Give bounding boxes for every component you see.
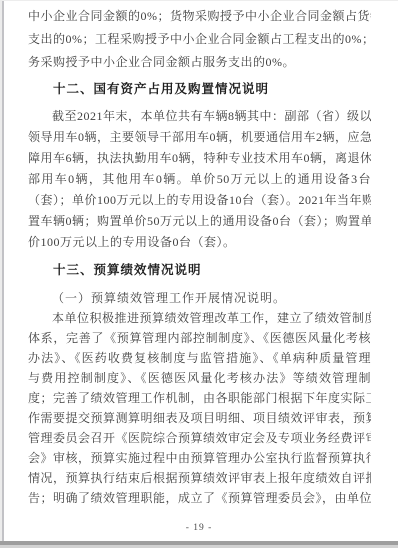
body-line: 价100万元以上的专用设备0台（套）。 bbox=[28, 232, 371, 253]
page-left-edge-line bbox=[2, 0, 4, 542]
body-line: 领导用车0辆，主要领导干部用车0辆，机要通信用车2辆，应急保 bbox=[28, 127, 371, 148]
paragraph-budget-performance: （一）预算绩效管理工作开展情况说明。 本单位积极推进预算绩效管理改革工作，建立了… bbox=[28, 288, 371, 508]
body-line: 告；明确了绩效管理职能，成立了《预算管理委员会》，由单位 bbox=[28, 488, 371, 508]
subsection-label: （一）预算绩效管理工作开展情况说明。 bbox=[28, 288, 371, 308]
body-line: 障用车6辆，执法执勤用车0辆，特种专业技术用车0辆，离退休干 bbox=[28, 148, 371, 169]
body-line: 部用车0辆，其他用车0辆。单价50万元以上的通用设备3台 bbox=[28, 169, 371, 190]
body-line: 管理委员会召开《医院综合预算绩效审定会及专项业务经费评审 bbox=[28, 428, 371, 448]
body-line: 办法》、《医药收费复核制度与监管措施》、《单病种质量管理 bbox=[28, 348, 371, 368]
body-line: 作需要提交预算测算明细表及项目明细、项目绩效评审表，预算 bbox=[28, 408, 371, 428]
body-line: 截至2021年末，本单位共有车辆8辆其中：副部（省）级以上 bbox=[28, 106, 371, 127]
body-line: 度；完善了绩效管理工作机制，由各职能部门根据下年度实际工 bbox=[28, 388, 371, 408]
section-heading-12: 十二、国有资产占用及购置情况说明 bbox=[28, 78, 371, 100]
body-line: 与费用控制制度》、《医德医风量化考核办法》等绩效管理制 bbox=[28, 368, 371, 388]
body-line: 会》审核，预算实施过程中由预算管理办公室执行监督预算执行 bbox=[28, 448, 371, 468]
body-line: 情况，预算执行结束后根据预算绩效评审表上报年度绩效自评报 bbox=[28, 468, 371, 488]
body-line: 置车辆0辆；购置单价50万元以上的通用设备0台（套）；购置单 bbox=[28, 211, 371, 232]
body-line: 务采购授予中小企业合同金额占服务支出的0%。 bbox=[28, 51, 371, 74]
page-top-edge-line bbox=[2, 0, 398, 1]
document-body: 中小企业合同金额的0%；货物采购授予中小企业合同金额占货物 支出的0%；工程采购… bbox=[28, 5, 371, 508]
body-line: 中小企业合同金额的0%；货物采购授予中小企业合同金额占货物 bbox=[28, 5, 371, 28]
body-line: （套）；单价100万元以上的专用设备10台（套）。2021年当年购 bbox=[28, 190, 371, 211]
document-page: { "page": { "number_label": "- 19 -" }, … bbox=[0, 0, 398, 548]
paragraph-procurement: 中小企业合同金额的0%；货物采购授予中小企业合同金额占货物 支出的0%；工程采购… bbox=[28, 5, 371, 74]
body-line: 支出的0%；工程采购授予中小企业合同金额占工程支出的0%；服 bbox=[28, 28, 371, 51]
body-line: 体系，完善了《预算管理内部控制制度》、《医德医风量化考核 bbox=[28, 328, 371, 348]
page-number: - 19 - bbox=[0, 522, 398, 534]
paragraph-state-assets: 截至2021年末，本单位共有车辆8辆其中：副部（省）级以上 领导用车0辆，主要领… bbox=[28, 106, 371, 253]
section-heading-13: 十三、预算绩效情况说明 bbox=[28, 259, 371, 281]
body-line: 本单位积极推进预算绩效管理改革工作，建立了绩效管制度 bbox=[28, 308, 371, 328]
